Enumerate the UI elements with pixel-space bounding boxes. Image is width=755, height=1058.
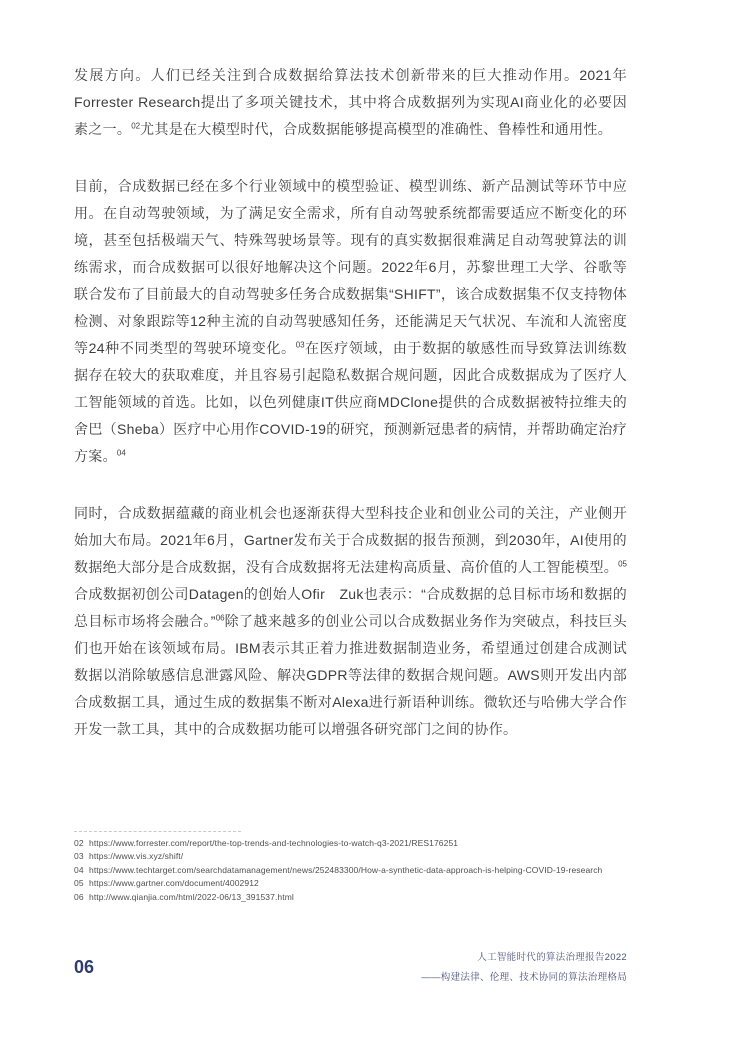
- footnote-item: 05https://www.gartner.com/document/40029…: [74, 877, 627, 890]
- footnote-item: 06http://www.qianjia.com/html/2022-06/13…: [74, 891, 627, 904]
- text-run: 尤其是在大模型时代，合成数据能够提高模型的准确性、鲁棒性和通用性。: [140, 121, 612, 137]
- footnote-url[interactable]: https://www.techtarget.com/searchdataman…: [89, 864, 602, 877]
- footnote-ref: 06: [216, 613, 225, 622]
- report-title: 人工智能时代的算法治理报告2022: [421, 948, 627, 968]
- footnote-item: 02https://www.forrester.com/report/the-t…: [74, 837, 627, 850]
- text-run: 除了越来越多的创业公司以合成数据业务作为突破点，科技巨头们也开始在该领域布局。I…: [74, 613, 627, 737]
- footnote-number: 04: [74, 864, 89, 877]
- footnotes-section: 02https://www.forrester.com/report/the-t…: [74, 831, 627, 904]
- text-run: 同时，合成数据蕴藏的商业机会也逐渐获得大型科技企业和创业公司的关注，产业侧开始加…: [74, 505, 627, 575]
- footnote-url[interactable]: https://www.forrester.com/report/the-top…: [89, 837, 458, 850]
- report-subtitle: ——构建法律、伦理、技术协同的算法治理格局: [421, 968, 627, 988]
- report-footer: 人工智能时代的算法治理报告2022 ——构建法律、伦理、技术协同的算法治理格局: [421, 948, 627, 987]
- footnote-item: 04https://www.techtarget.com/searchdatam…: [74, 864, 627, 877]
- footnote-url[interactable]: https://www.gartner.com/document/4002912: [89, 877, 259, 890]
- document-page: 发展方向。人们已经关注到合成数据给算法技术创新带来的巨大推动作用。2021年Fo…: [0, 0, 755, 1058]
- text-run: 在医疗领域，由于数据的敏感性而导致算法训练数据存在较大的获取难度，并且容易引起隐…: [74, 340, 627, 464]
- text-run: 目前，合成数据已经在多个行业领域中的模型验证、模型训练、新产品测试等环节中应用。…: [74, 178, 627, 356]
- footnote-number: 03: [74, 850, 89, 863]
- footnote-number: 02: [74, 837, 89, 850]
- footnote-ref: 04: [117, 448, 126, 457]
- footnote-list: 02https://www.forrester.com/report/the-t…: [74, 837, 627, 904]
- paragraph: 目前，合成数据已经在多个行业领域中的模型验证、模型训练、新产品测试等环节中应用。…: [74, 173, 627, 470]
- footnote-ref: 05: [618, 559, 627, 568]
- body-text: 发展方向。人们已经关注到合成数据给算法技术创新带来的巨大推动作用。2021年Fo…: [74, 62, 627, 743]
- footnote-url[interactable]: http://www.qianjia.com/html/2022-06/13_3…: [89, 891, 294, 904]
- footnote-url[interactable]: https://www.vis.xyz/shift/: [89, 850, 183, 863]
- page-number: 06: [74, 957, 94, 978]
- paragraph: 同时，合成数据蕴藏的商业机会也逐渐获得大型科技企业和创业公司的关注，产业侧开始加…: [74, 500, 627, 743]
- footnote-divider: [74, 831, 241, 832]
- footnote-number: 05: [74, 877, 89, 890]
- footnote-item: 03https://www.vis.xyz/shift/: [74, 850, 627, 863]
- footnote-number: 06: [74, 891, 89, 904]
- footnote-ref: 02: [131, 121, 140, 130]
- paragraph: 发展方向。人们已经关注到合成数据给算法技术创新带来的巨大推动作用。2021年Fo…: [74, 62, 627, 143]
- footnote-ref: 03: [296, 340, 305, 349]
